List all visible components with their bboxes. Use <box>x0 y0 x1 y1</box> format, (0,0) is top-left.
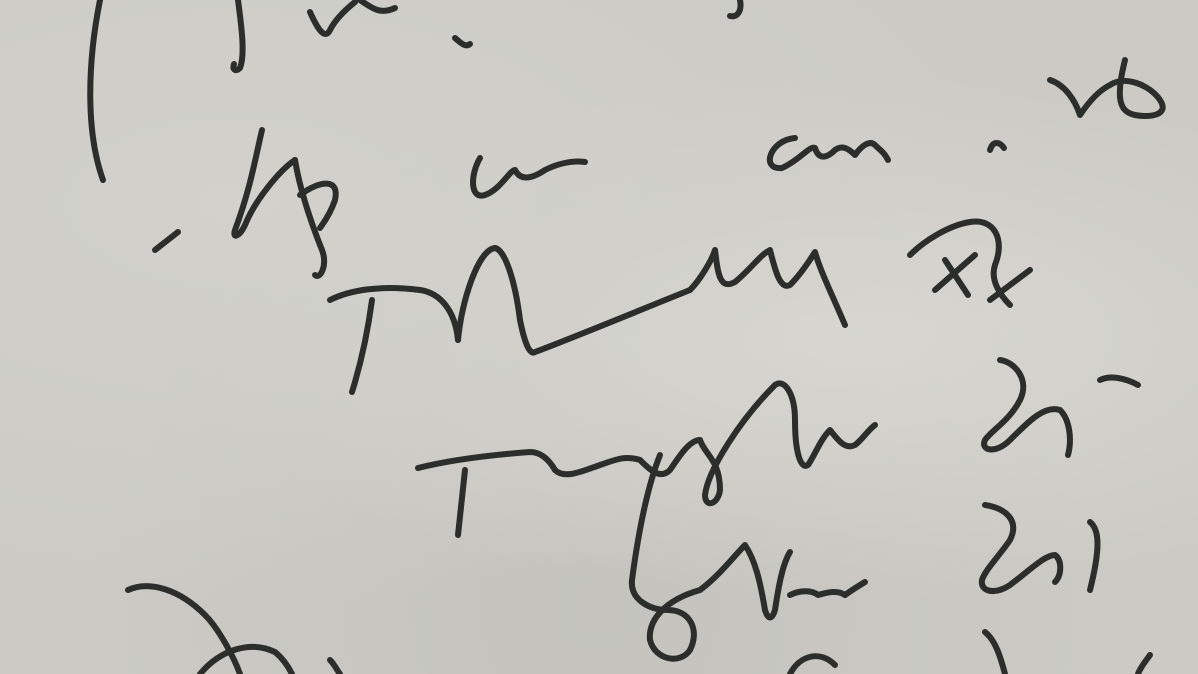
line-4-stroke <box>418 452 555 470</box>
line-5-stroke <box>1090 522 1098 590</box>
handwriting-strokes <box>0 0 1198 674</box>
line-1-stroke <box>360 0 395 11</box>
line-5-stroke <box>632 455 700 659</box>
line-6-stroke <box>330 660 340 674</box>
line-4-stroke <box>700 383 875 503</box>
line-4-stroke <box>458 470 465 535</box>
line-6-stroke <box>790 656 835 674</box>
line-4-stroke <box>1100 378 1138 385</box>
line-4-stroke <box>984 360 1070 455</box>
line-5-stroke <box>982 505 1060 591</box>
line-6-stroke <box>1138 655 1150 674</box>
line-2-stroke <box>295 160 324 276</box>
line-2-stroke <box>1050 60 1163 116</box>
line-3-stroke <box>935 255 975 295</box>
line-3-stroke <box>352 300 372 392</box>
line-4-stroke <box>555 440 700 474</box>
line-6-stroke <box>200 647 292 674</box>
line-5-stroke <box>790 582 865 595</box>
line-2-stroke <box>473 158 585 196</box>
line-6-stroke <box>985 632 1005 674</box>
line-1-stroke <box>233 0 242 70</box>
line-2-stroke <box>234 130 295 236</box>
line-2-stroke <box>990 143 1004 150</box>
line-3-stroke <box>458 248 690 353</box>
left-bracket-stroke <box>90 0 103 180</box>
line-6-stroke <box>128 586 240 674</box>
manuscript-paper: Photograph of a handwritten manuscript p… <box>0 0 1198 674</box>
line-1-stroke <box>730 0 741 16</box>
line-2-stroke <box>770 138 888 168</box>
line-3-stroke <box>330 288 458 340</box>
line-1-stroke <box>455 38 470 45</box>
line-3-stroke <box>690 250 845 325</box>
line-3-stroke <box>910 222 1010 305</box>
line-1-stroke <box>310 2 355 34</box>
line-2-stroke <box>155 232 178 250</box>
line-5-stroke <box>700 545 790 618</box>
